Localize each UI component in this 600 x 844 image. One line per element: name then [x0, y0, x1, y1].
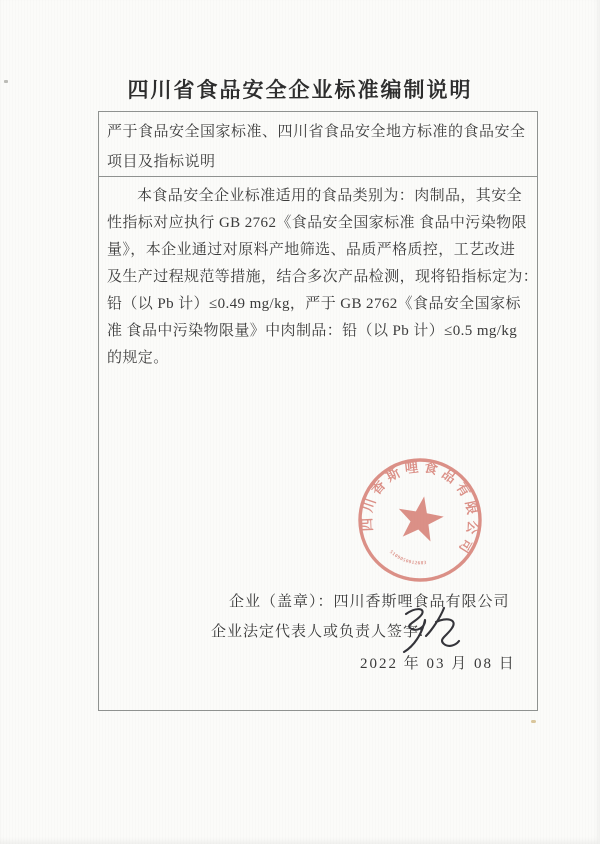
- company-seal-label: 企业（盖章）：: [229, 594, 334, 610]
- scan-speck: [4, 80, 8, 83]
- document-title: 四川省食品安全企业标准编制说明: [0, 74, 600, 104]
- document-page: 四川省食品安全企业标准编制说明 严于食品安全国家标准、四川省食品安全地方标准的食…: [0, 0, 600, 844]
- seal-star-icon: [394, 492, 446, 543]
- signature-date: 2022 年 03 月 08 日: [360, 652, 516, 673]
- table-header-line: 严于食品安全国家标准、四川省食品安全地方标准的食品安全: [107, 117, 529, 147]
- signature-stroke: [404, 609, 425, 652]
- body-text-line: 量》，本企业通过对原料产地筛选、品质严格质控，工艺改进: [107, 237, 529, 264]
- body-text-line: 铅（以 Pb 计）≤0.49 mg/kg，严于 GB 2762《食品安全国家标: [107, 291, 529, 318]
- body-text-line: 准 食品中污染物限量》中肉制品：铅（以 Pb 计）≤0.5 mg/kg: [107, 318, 529, 345]
- body-text-line: 本食品安全企业标准适用的食品类别为：肉制品，其安全: [107, 183, 529, 210]
- seal-serial-text: 5109050012683: [387, 550, 429, 569]
- company-seal-stamp: 四川香斯哩食品有限公司 5109050012683: [333, 433, 507, 607]
- scan-speck: [531, 720, 536, 723]
- table-body-cell: 本食品安全企业标准适用的食品类别为：肉制品，其安全 性指标对应执行 GB 276…: [99, 177, 537, 372]
- table-header-line: 项目及指标说明: [107, 147, 529, 177]
- body-text-line: 及生产过程规范等措施，结合多次产品检测，现将铅指标定为：: [107, 264, 529, 291]
- table-header-cell: 严于食品安全国家标准、四川省食品安全地方标准的食品安全 项目及指标说明: [99, 112, 537, 177]
- legal-representative-signature: [392, 600, 487, 658]
- body-text-line: 性指标对应执行 GB 2762《食品安全国家标准 食品中污染物限: [107, 210, 529, 237]
- signature-stroke: [426, 608, 459, 646]
- body-text-line: 的规定。: [107, 345, 529, 372]
